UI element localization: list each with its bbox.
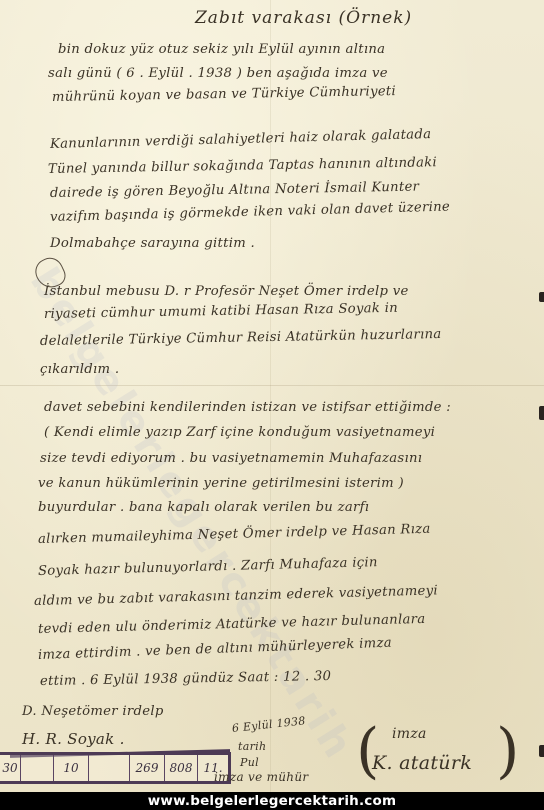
paper-fold-horizontal (0, 385, 544, 386)
notary-note-imza-muhur: imza ve mühür (214, 770, 308, 784)
notary-note-date: 6 Eylül 1938 (231, 714, 306, 735)
revenue-stamp-box: 30 10 269 808 11. (0, 752, 231, 784)
ataturk-imza-label: imza (392, 726, 427, 742)
text-line: alırken mumaileyhima Neşet Ömer irdelp v… (38, 522, 431, 547)
text-line: tevdi eden ulu önderimiz Atatürke ve haz… (38, 612, 426, 637)
witness-signature-irdelp: D. Neşetömer irdelp (22, 704, 164, 719)
text-line: riyaseti cümhur umumi katibi Hasan Rıza … (44, 301, 398, 322)
page-edge-mark (539, 406, 544, 420)
stamp-cell: 269 (130, 755, 165, 781)
text-line: mührünü koyan ve basan ve Türkiye Cümhur… (52, 84, 396, 105)
text-line: Soyak hazır bulunuyorlardı . Zarfı Muhaf… (38, 555, 378, 579)
notary-note-pul: Pul (240, 756, 259, 769)
text-line: dairede iş gören Beyoğlu Altına Noteri İ… (50, 180, 419, 201)
signature-close-paren: ) (496, 716, 519, 786)
text-line: Dolmabahçe sarayına gittim . (50, 236, 255, 251)
text-line: bin dokuz yüz otuz sekiz yılı Eylül ayın… (58, 42, 385, 57)
text-line: buyurdular . bana kapalı olarak verilen … (38, 500, 369, 515)
stamp-cell: 808 (165, 755, 198, 781)
stamp-cell (21, 755, 54, 781)
source-url: www.belgelerlegercektarih.com (148, 793, 397, 809)
text-line: delaletlerile Türkiye Cümhur Reisi Atatü… (40, 327, 442, 349)
text-line: davet sebebini kendilerinden istizan ve … (44, 400, 451, 415)
signature-open-paren: ( (356, 716, 379, 786)
text-line: imza ettirdim . ve ben de altını mühürle… (38, 636, 392, 663)
document-page: belgelerlegercektarih Zabıt varakası (Ör… (0, 0, 544, 792)
page-edge-mark (539, 292, 544, 302)
text-line: Kanunlarının verdiği salahiyetleri haiz … (50, 127, 432, 152)
text-line: size tevdi ediyorum . bu vasiyetnamemin … (40, 451, 422, 466)
ataturk-signature: K. atatürk (372, 752, 472, 774)
text-line: çıkarıldım . (40, 362, 119, 377)
text-line: salı günü ( 6 . Eylül . 1938 ) ben aşağı… (48, 66, 388, 81)
stamp-cell: 10 (54, 755, 89, 781)
text-line: Tünel yanında billur sokağında Taptas ha… (48, 155, 437, 177)
source-watermark-bar: www.belgelerlegercektarih.com (0, 792, 544, 810)
text-line: vazifım başında iş görmekde iken vaki ol… (50, 200, 450, 225)
text-line: aldım ve bu zabıt varakasını tanzim eder… (34, 583, 438, 609)
text-line: ve kanun hükümlerinin yerine getirilmesi… (38, 476, 404, 491)
stamp-cell: 30 (0, 755, 21, 781)
text-line: ( Kendi elimle yazıp Zarf içine konduğum… (44, 425, 435, 440)
text-line: İstanbul mebusu D. r Profesör Neşet Ömer… (44, 284, 409, 299)
document-title: Zabıt varakası (Örnek) (195, 8, 412, 28)
page-edge-mark (539, 745, 544, 757)
stamp-cell (89, 755, 130, 781)
notary-note-tarih: tarih (238, 740, 266, 753)
text-line: ettim . 6 Eylül 1938 gündüz Saat : 12 . … (40, 669, 332, 689)
